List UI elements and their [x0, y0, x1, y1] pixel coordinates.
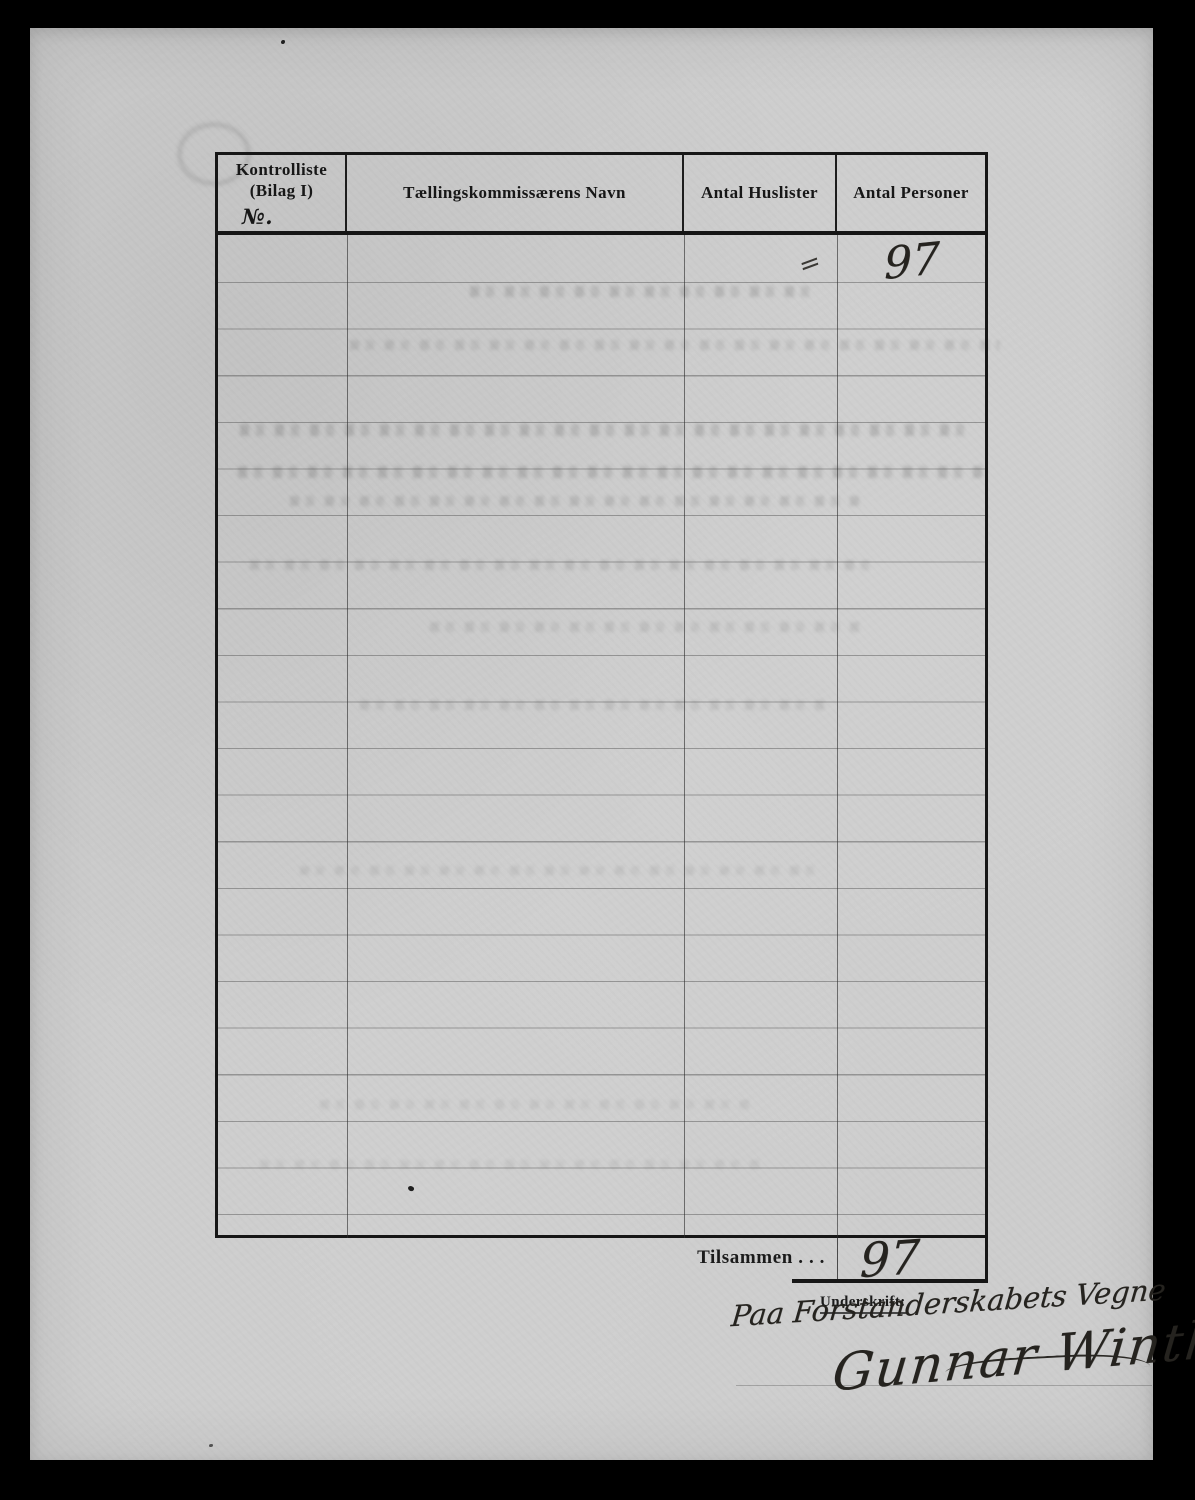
numero-sign: №.	[242, 204, 345, 230]
header-col1-line1: Kontrolliste	[218, 159, 345, 180]
tilsammen-label: Tilsammen . . .	[615, 1247, 825, 1269]
header-kontrolliste-nr: Kontrolliste (Bilag I) №.	[218, 155, 347, 231]
scanned-census-page: Kontrolliste (Bilag I) №. Tællingskommis…	[0, 0, 1195, 1500]
handwritten-total: 97	[859, 1230, 921, 1289]
summary-column-divider	[837, 1238, 838, 1279]
column-divider	[684, 235, 685, 1238]
header-col1-line2: (Bilag I)	[218, 180, 345, 201]
table-header-row: Kontrolliste (Bilag I) №. Tællingskommis…	[218, 155, 985, 235]
handwritten-antal-personer-row1: 97	[884, 233, 940, 290]
table-body-ruled-rows	[218, 235, 985, 1238]
column-divider	[837, 235, 838, 1238]
summary-right-border	[985, 1238, 988, 1283]
column-divider	[347, 235, 348, 1238]
header-antal-personer: Antal Personer	[837, 155, 985, 231]
header-taellingskommissaerens-navn: Tællingskommissærens Navn	[347, 155, 684, 231]
header-antal-huslister: Antal Huslister	[684, 155, 837, 231]
kontrolliste-table: Kontrolliste (Bilag I) №. Tællingskommis…	[215, 152, 988, 1238]
